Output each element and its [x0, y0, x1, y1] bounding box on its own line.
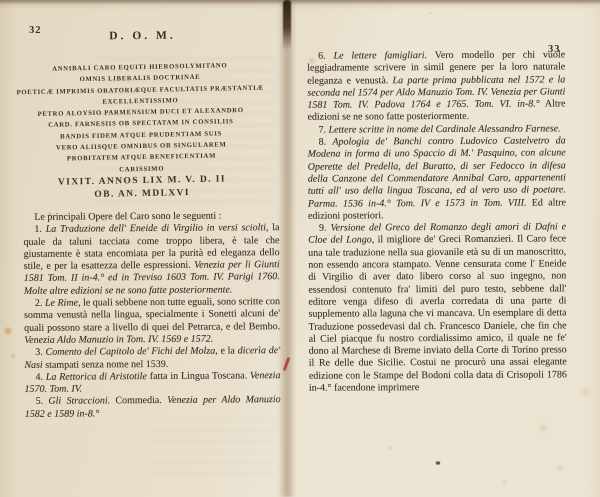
text-run: 1. [34, 224, 45, 235]
text-run: 2. [35, 298, 45, 309]
text-run: fatta in Lingua Toscana. [147, 370, 250, 382]
list-item: 8. Apologìa de' Banchi contro Ludovico C… [308, 135, 566, 222]
text-run: 5. [36, 396, 49, 407]
text-run: 7. [318, 124, 328, 135]
text-run: 9. [319, 223, 331, 234]
text-run: Venezia Aldo Manuzio in Tom. IV. 1569 e … [24, 334, 213, 346]
text-run: Le Rime [45, 298, 78, 309]
text-run: , il migliore de' Greci Romanzieri. Il C… [308, 234, 567, 394]
right-page: 33 6. Le lettere famigliari. Vero modell… [293, 0, 600, 497]
text-run: Le lettere famigliari. [333, 50, 427, 61]
left-items: 1. La Traduzione dell' Eneide di Virgili… [23, 222, 280, 421]
text-run: La Rettorica di Aristotile [46, 371, 147, 383]
text-run: Lettere scritte in nome del Cardinale Al… [328, 123, 560, 135]
text-run: 6. [318, 51, 333, 62]
list-item: 3. Comento del Capitolo de' Fichi del Mo… [24, 345, 280, 371]
text-run: Commedia. [110, 395, 167, 406]
left-page: 32 D. O. M. ANNIBALI CARO EQUITI HIEROSO… [0, 0, 283, 497]
left-page-text: Le principali Opere del Caro sono le seg… [23, 210, 280, 421]
book-scan: 32 D. O. M. ANNIBALI CARO EQUITI HIEROSO… [0, 0, 600, 497]
text-run: , e la [215, 346, 237, 357]
text-run: 3. [35, 347, 45, 358]
list-item: 6. Le lettere famigliari. Vero modello p… [307, 49, 565, 124]
text-run: Comento del Capitolo de' Fichi del Molza [45, 346, 215, 358]
text-run: Gli Straccioni. [48, 396, 110, 407]
list-item: 1. La Traduzione dell' Eneide di Virgili… [23, 222, 280, 298]
list-item: 9. Versione del Greco del Romanzo degli … [308, 221, 567, 395]
page-heading: D. O. M. [15, 29, 270, 43]
signature-mark: * [428, 459, 448, 471]
list-item: 5. Gli Straccioni. Commedia. Venezia per… [25, 395, 281, 421]
list-item: 2. Le Rime, le quali sebbene non tutte e… [24, 296, 280, 347]
book-gutter [278, 0, 296, 497]
right-page-text: 6. Le lettere famigliari. Vero modello p… [307, 49, 567, 395]
gutter-shadow-top [283, 0, 291, 50]
text-run: 8. [319, 137, 333, 148]
text-run: La Traduzione dell' Eneide di Virgilio i… [46, 222, 266, 235]
right-items: 6. Le lettere famigliari. Vero modello p… [307, 49, 567, 395]
text-run: 4. [35, 372, 45, 383]
text-run: stampati senza nome nel 1539. [43, 358, 169, 370]
dedication-block: ANNIBALI CARO EQUITI HIEROSOLYMITANOOMNI… [11, 60, 272, 204]
list-item: 4. La Rettorica di Aristotile fatta in L… [24, 370, 280, 396]
